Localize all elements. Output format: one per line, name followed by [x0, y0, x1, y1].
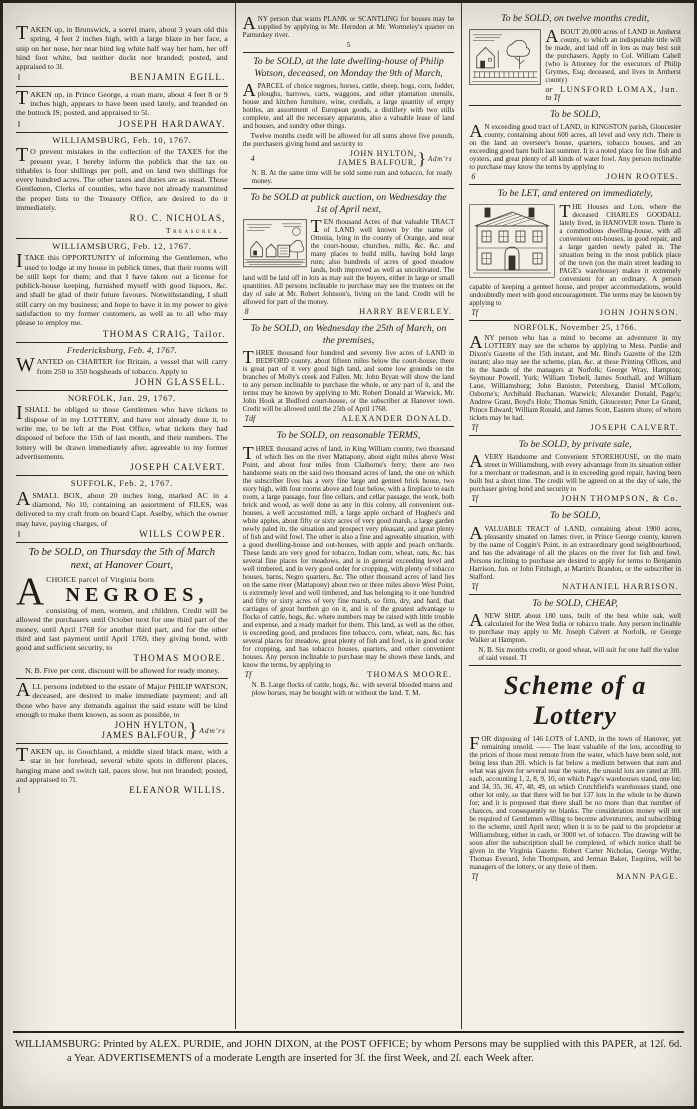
signature-mark: 6	[471, 173, 475, 181]
signature-row: JOHN GLASSELL.	[18, 378, 226, 387]
signature-mark: Tdf	[245, 415, 256, 423]
ad-separator-rule	[469, 105, 681, 106]
ad-heading: To be SOLD,	[471, 109, 679, 121]
woodcut-landscape-illustration	[243, 219, 307, 267]
ad-body: ANEW SHIP, about 180 tuns, built of the …	[469, 612, 681, 644]
ad-separator-rule	[243, 52, 455, 53]
advertisement: Scheme of a LotteryFOR disposing of 146 …	[469, 671, 681, 881]
ad-separator-rule	[469, 320, 681, 321]
signature-title: Adm'rs	[428, 155, 452, 163]
signature-name: HARRY BEVERLEY.	[359, 308, 452, 316]
ad-heading: To be LET, and entered on immediately,	[471, 188, 679, 200]
advertisement-columns: TAKEN up, in Brunswick, a sorrel mare, a…	[3, 3, 694, 1029]
drop-cap: T	[16, 747, 30, 764]
signature-row: ‖JOSEPH HARDAWAY.	[18, 120, 226, 129]
ad-body: Twelve months credit will be allowed for…	[243, 132, 455, 148]
ad-number-mark: 5	[243, 41, 455, 49]
ad-heading: To be SOLD, on Thursday the 5th of March…	[18, 546, 226, 571]
advertisement: TAKEN up, in Brunswick, a sorrel mare, a…	[16, 25, 228, 83]
signature-row: 6JOHN ROOTES.	[471, 173, 679, 181]
ad-separator-rule	[16, 342, 228, 343]
advertisement: WILLIAMSBURG, Feb. 10, 1767.TO prevent m…	[16, 136, 228, 235]
drop-cap: A	[545, 28, 560, 43]
ad-body: ASMALL BOX, about 20 inches long, marked…	[16, 491, 228, 528]
printer-imprint: WILLIAMSBURG: Printed by ALEX. PURDIE, a…	[15, 1038, 682, 1065]
signature-name: THOMAS MOORE.	[134, 654, 226, 663]
signature-row: TdfALEXANDER DONALD.	[245, 415, 453, 423]
drop-cap: A	[469, 525, 484, 540]
ad-dateline: NORFOLK, Jan. 29, 1767.	[16, 394, 228, 403]
signature-row: TfJOSEPH CALVERT.	[471, 424, 679, 432]
ad-separator-rule	[16, 86, 228, 87]
signature-name: THOMAS CRAIG, Tailor.	[103, 330, 226, 339]
signature-row: JOSEPH CALVERT.	[18, 463, 226, 472]
ad-heading: To be SOLD, CHEAP,	[471, 598, 679, 610]
signature-name: THOMAS MOORE.	[367, 671, 452, 679]
drop-cap: I	[16, 405, 25, 422]
drop-cap: T	[16, 25, 30, 42]
advertisement: To be SOLD, at the late dwelling-house o…	[243, 56, 455, 185]
signature-name: WILLS COWPER.	[139, 530, 226, 539]
imprint-section: WILLIAMSBURG: Printed by ALEX. PURDIE, a…	[13, 1031, 684, 1065]
ad-dateline: SUFFOLK, Feb. 2, 1767.	[16, 479, 228, 488]
signature-mark: Tf	[471, 424, 478, 432]
signature-mark: Tf	[471, 873, 478, 881]
ad-body: APARCEL of choice negroes, horses, cattl…	[243, 82, 455, 130]
signature-title: Treasurer.	[16, 226, 224, 235]
ad-body: ISHALL be obliged to those Gentlemen who…	[16, 405, 228, 461]
signature-name: LUNSFORD LOMAX, Jun.	[560, 86, 679, 94]
ad-separator-rule	[16, 132, 228, 133]
advertisement: TAKEN up, in Prince George, a roan mare,…	[16, 90, 228, 129]
drop-cap: A	[16, 575, 46, 607]
drop-cap: A	[469, 123, 484, 138]
signature-name: ELEANOR WILLIS.	[129, 786, 225, 795]
ad-heading: To be SOLD, at the late dwelling-house o…	[245, 56, 453, 79]
ad-dateline: WILLIAMSBURG, Feb. 10, 1767.	[16, 136, 228, 145]
ad-heading: To be SOLD, by private sale,	[471, 439, 679, 451]
ad-dateline: NORFOLK, November 25, 1766.	[469, 324, 681, 332]
signature-name: NATHANIEL HARRISON.	[562, 583, 679, 591]
ad-body: THREE thousand four hundred and seventy …	[243, 349, 455, 413]
advertisement: To be SOLD,AN exceeding good tract of LA…	[469, 109, 681, 182]
ad-body: AVERY Handsome and Convenient STOREHOUSE…	[469, 453, 681, 493]
advertisement: TAKEN up, in Goochland, a middle sized b…	[16, 747, 228, 795]
ad-separator-rule	[469, 506, 681, 507]
advertisement: Fredericksburg, Feb. 4, 1767.WANTED on C…	[16, 346, 228, 387]
signature-title: Adm'rs	[199, 726, 225, 735]
ad-body: WANTED on CHARTER for Britain, a vessel …	[16, 357, 228, 376]
signature-row: TfJOHN JOHNSON.	[471, 309, 679, 317]
brace-glyph: }	[189, 726, 199, 735]
signature-mark: ‖	[18, 73, 20, 82]
column-left: TAKEN up, in Brunswick, a sorrel mare, a…	[9, 3, 235, 1029]
drop-cap: A	[243, 82, 258, 97]
signature-name: JOHN ROOTES.	[607, 173, 679, 181]
ad-heading: To be SOLD,	[471, 510, 679, 522]
signature-row: ‖BENJAMIN EGILL.	[18, 73, 226, 82]
column-middle: ANY person that wants PLANK or SCANTLING…	[235, 3, 462, 1029]
signature-name: JAMES BALFOUR,	[338, 159, 417, 168]
ad-separator-rule	[16, 390, 228, 391]
advertisement: To be SOLD, on reasonable TERMS,THREE th…	[243, 430, 455, 697]
advertisement: ANY person that wants PLANK or SCANTLING…	[243, 15, 455, 49]
advertisement: NORFOLK, November 25, 1766.ANY person wh…	[469, 324, 681, 432]
signature-mark: Tf	[471, 583, 478, 591]
signature-name: JOHN GLASSELL.	[135, 378, 226, 387]
signature-name: ALEXANDER DONALD.	[341, 415, 452, 423]
ad-body: TEN thousand Acres of that valuable TRAC…	[243, 218, 455, 306]
ad-body: ITAKE this OPPORTUNITY of informing the …	[16, 253, 228, 327]
signature-name: RO. C. NICHOLAS,	[130, 214, 226, 223]
signature-name: JAMES BALFOUR,	[102, 731, 188, 740]
ad-separator-rule	[16, 475, 228, 476]
advertisement: To be SOLD at publick auction, on Wednes…	[243, 192, 455, 316]
signature-row: RO. C. NICHOLAS,	[18, 214, 226, 223]
signature-names: JOHN HYLTON,JAMES BALFOUR,	[338, 150, 417, 167]
drop-cap: T	[243, 445, 256, 460]
drop-cap: A	[469, 334, 484, 349]
advertisement: To be SOLD, on Thursday the 5th of March…	[16, 546, 228, 675]
ad-separator-rule	[243, 319, 455, 320]
drop-cap: F	[469, 735, 481, 750]
signature-pair: JOHN HYLTON,JAMES BALFOUR,}Adm'rs	[18, 721, 226, 740]
signature-name: MANN PAGE.	[616, 873, 679, 881]
drop-cap: T	[16, 147, 30, 164]
signature-row: TfJOHN THOMPSON, & Co.	[471, 495, 679, 503]
ad-separator-rule	[469, 184, 681, 185]
drop-cap: A	[16, 491, 32, 508]
ad-body: TAKEN up, in Brunswick, a sorrel mare, a…	[16, 25, 228, 71]
drop-cap: A	[16, 682, 32, 699]
ad-heading: To be SOLD, on Wednesday the 25th of Mar…	[245, 323, 453, 346]
newspaper-page: TAKEN up, in Brunswick, a sorrel mare, a…	[0, 0, 697, 1109]
ad-separator-rule	[243, 188, 455, 189]
ad-body: TAKEN up, in Prince George, a roan mare,…	[16, 90, 228, 118]
signature-names: JOHN HYLTON,JAMES BALFOUR,	[102, 721, 188, 740]
signature-row: THOMAS MOORE.	[18, 654, 226, 663]
ad-nota-bene: N. B. Five per cent. discount will be al…	[16, 666, 228, 675]
signature-mark: ‖	[18, 530, 20, 539]
drop-cap: W	[16, 357, 37, 374]
woodcut-farm-illustration	[469, 29, 541, 85]
advertisement: SUFFOLK, Feb. 2, 1767.ASMALL BOX, about …	[16, 479, 228, 539]
advertisement: To be SOLD, on twelve months credit,ABOU…	[469, 13, 681, 102]
ad-nota-bene: N. B. At the same time will be sold some…	[243, 169, 455, 185]
brace-glyph: }	[418, 155, 427, 163]
signature-mark: 4	[251, 155, 255, 163]
drop-cap: T	[559, 203, 572, 218]
ad-body: ANY person who has a mind to become an a…	[469, 334, 681, 422]
ad-body: ABOUT 20,000 acres of LAND in Amherst co…	[469, 28, 681, 84]
ad-separator-rule	[469, 665, 681, 666]
ad-body: ANY person that wants PLANK or SCANTLING…	[243, 15, 455, 39]
column-right: To be SOLD, on twelve months credit,ABOU…	[461, 3, 688, 1029]
signature-row: THOMAS CRAIG, Tailor.	[18, 330, 226, 339]
ad-separator-rule	[16, 743, 228, 744]
signature-row: TfMANN PAGE.	[471, 873, 679, 881]
ad-body: ACHOICE parcel of Virginia bornNEGROES,c…	[16, 575, 228, 653]
ad-separator-rule	[469, 435, 681, 436]
ad-heading: To be SOLD, on reasonable TERMS,	[245, 430, 453, 442]
signature-name: JOSEPH CALVERT.	[130, 463, 226, 472]
advertisement: WILLIAMSBURG, Feb. 12, 1767.ITAKE this O…	[16, 242, 228, 339]
signature-row: ‖ELEANOR WILLIS.	[18, 786, 226, 795]
signature-row: 8HARRY BEVERLEY.	[245, 308, 453, 316]
signature-name: JOSEPH CALVERT.	[590, 424, 679, 432]
advertisement: NORFOLK, Jan. 29, 1767.ISHALL be obliged…	[16, 394, 228, 472]
signature-mark: Tf	[245, 671, 252, 679]
ad-intro-line: CHOICE parcel of Virginia born	[46, 575, 154, 584]
drop-cap: I	[16, 253, 25, 270]
ad-body: AVALUABLE TRACT of LAND, containing abou…	[469, 525, 681, 581]
ad-body: AN exceeding good tract of LAND, in KING…	[469, 123, 681, 171]
ad-body: TO prevent mistakes in the collection of…	[16, 147, 228, 212]
signature-name: JOHN JOHNSON.	[600, 309, 679, 317]
advertisement: ALL persons indebted to the estate of Ma…	[16, 682, 228, 740]
ad-separator-rule	[469, 594, 681, 595]
signature-row: TfTHOMAS MOORE.	[245, 671, 453, 679]
drop-cap: A	[243, 15, 258, 30]
drop-cap: A	[469, 612, 484, 627]
drop-cap: T	[16, 90, 30, 107]
ad-display-heading: Scheme of a Lottery	[469, 671, 681, 731]
ad-body: ALL persons indebted to the estate of Ma…	[16, 682, 228, 719]
ad-separator-rule	[16, 238, 228, 239]
ad-heading: To be SOLD, on twelve months credit,	[471, 13, 679, 25]
ad-separator-rule	[16, 678, 228, 679]
signature-mark: ‖	[18, 786, 20, 795]
signature-name: JOHN THOMPSON, & Co.	[561, 495, 679, 503]
ad-heading: To be SOLD at publick auction, on Wednes…	[245, 192, 453, 215]
ad-dateline: Fredericksburg, Feb. 4, 1767.	[16, 346, 228, 355]
ad-body: THE Houses and Lots, where the deceased …	[469, 203, 681, 307]
signature-mark: Tf	[471, 309, 478, 317]
woodcut-house-illustration	[469, 204, 555, 278]
signature-mark: Tf	[471, 495, 478, 503]
ad-body: THREE thousand acres of land, in King Wi…	[243, 445, 455, 669]
ad-nota-bene: N. B. Six months credit, or good wheat, …	[469, 646, 681, 662]
signature-row: TfNATHANIEL HARRISON.	[471, 583, 679, 591]
signature-name: BENJAMIN EGILL.	[130, 73, 226, 82]
advertisement: To be SOLD, on Wednesday the 25th of Mar…	[243, 323, 455, 423]
drop-cap: T	[243, 349, 256, 364]
signature-name: JOSEPH HARDAWAY.	[118, 120, 225, 129]
ad-separator-rule	[16, 542, 228, 543]
signature-row: or to TfLUNSFORD LOMAX, Jun.	[545, 86, 679, 102]
ad-separator-rule	[243, 426, 455, 427]
ad-body: FOR disposing of 146 LOTS of LAND, in th…	[469, 735, 681, 871]
signature-pair: 4JOHN HYLTON,JAMES BALFOUR,}Adm'rs	[245, 150, 453, 167]
ad-dateline: WILLIAMSBURG, Feb. 12, 1767.	[16, 242, 228, 251]
advertisement: To be LET, and entered on immediately,TH…	[469, 188, 681, 317]
advertisement: To be SOLD,AVALUABLE TRACT of LAND, cont…	[469, 510, 681, 591]
advertisement: To be SOLD, by private sale,AVERY Handso…	[469, 439, 681, 504]
drop-cap: T	[311, 218, 324, 233]
signature-mark: 8	[245, 308, 249, 316]
ad-nota-bene: N. B. Large flocks of cattle, hogs, &c. …	[243, 681, 455, 697]
ad-display-line: NEGROES,	[16, 584, 228, 606]
ad-body: TAKEN up, in Goochland, a middle sized b…	[16, 747, 228, 784]
drop-cap: A	[469, 453, 484, 468]
signature-row: ‖WILLS COWPER.	[18, 530, 226, 539]
advertisement: To be SOLD, CHEAP,ANEW SHIP, about 180 t…	[469, 598, 681, 663]
signature-mark: or to Tf	[545, 86, 560, 102]
signature-mark: ‖	[18, 120, 20, 129]
